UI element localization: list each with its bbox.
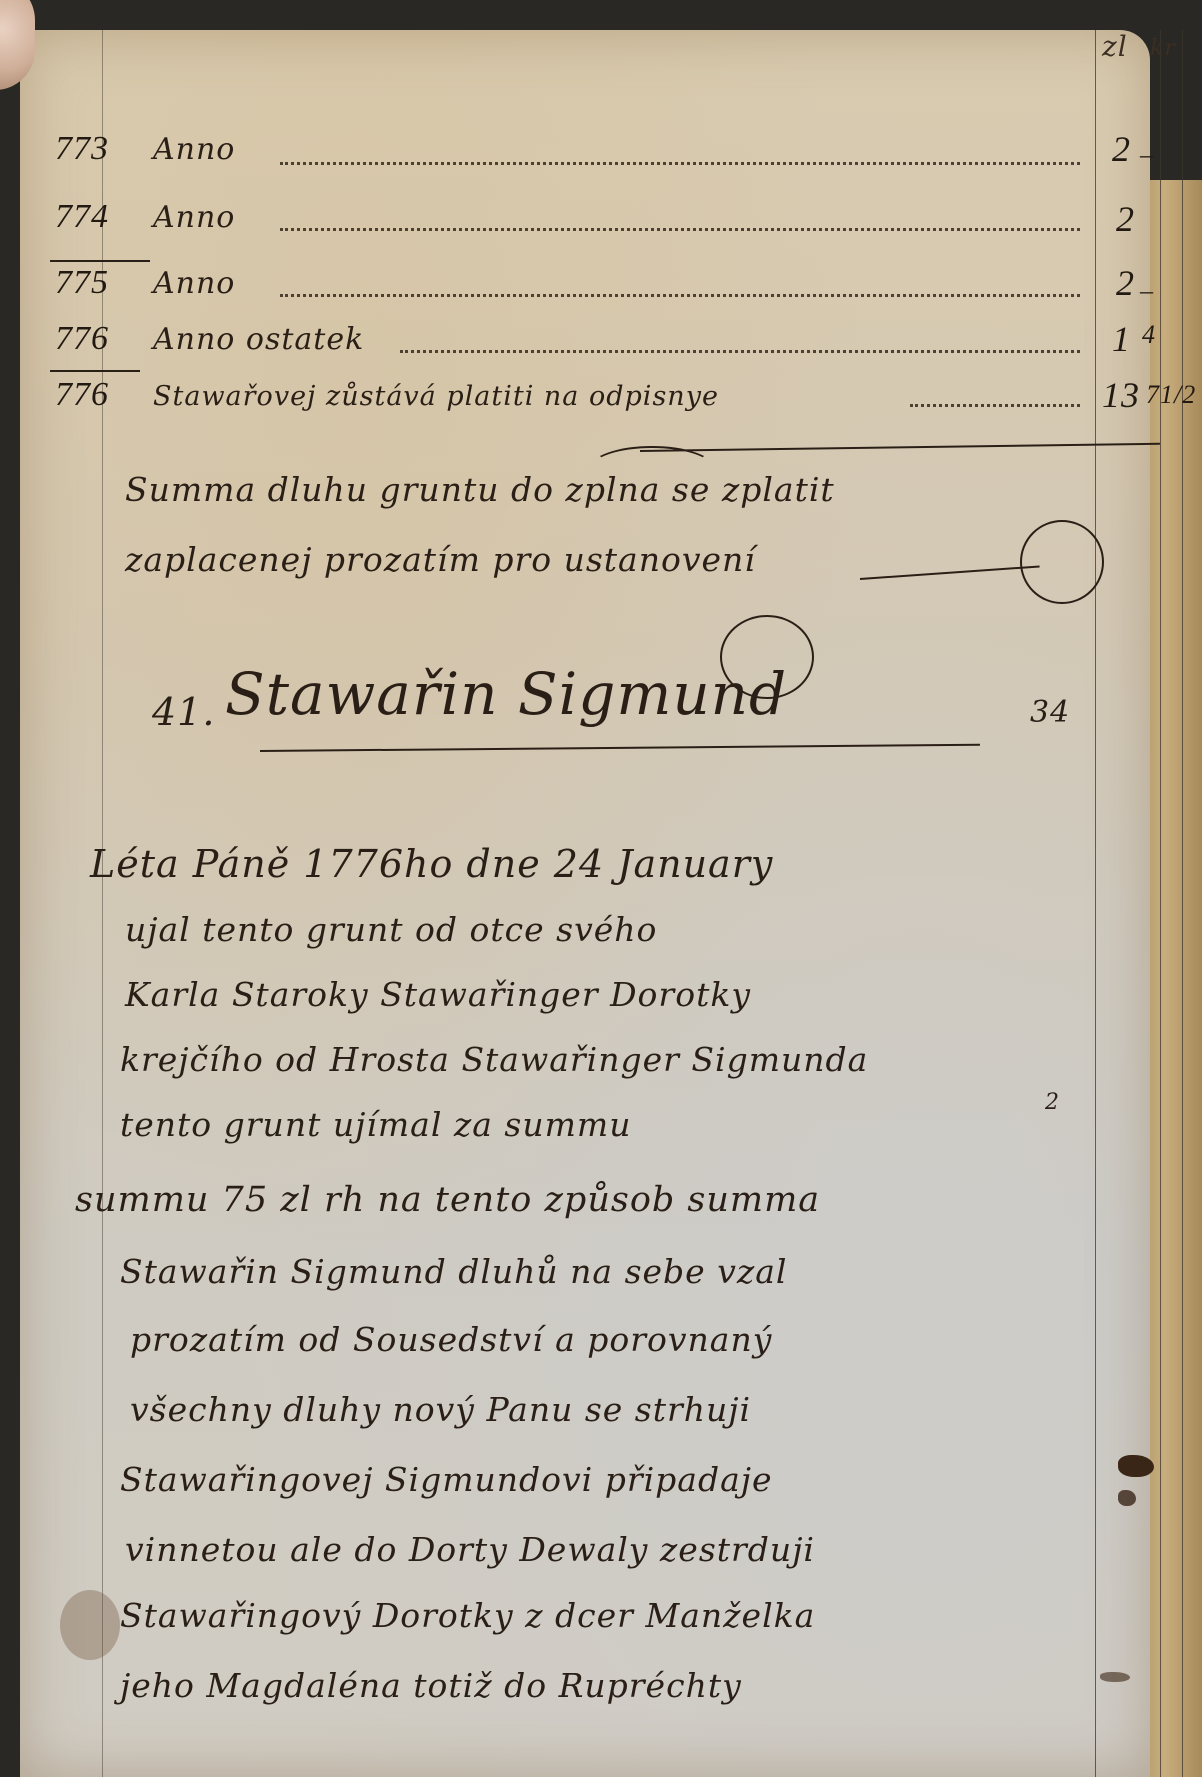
dotted-leader <box>910 402 1080 407</box>
year-separator-line <box>50 260 150 262</box>
ledger-row: 773 Anno <box>55 130 235 176</box>
ledger-year: 773 <box>55 130 139 168</box>
ledger-sub-amount: 71/2 <box>1146 380 1196 410</box>
ledger-year: 775 <box>55 264 139 302</box>
ledger-row: 775 Anno <box>55 264 235 310</box>
ledger-amount: 13 <box>1102 374 1140 416</box>
closing-note-line: zaplacenej prozatím pro ustanovení <box>125 540 756 579</box>
year-separator-line <box>50 370 140 372</box>
title-underline <box>260 744 980 752</box>
ledger-label: Stawařovej zůstává platiti na odpisnye <box>153 381 719 412</box>
closing-flourish <box>1020 520 1104 604</box>
ledger-sub-amount: 4 <box>1142 320 1156 350</box>
ledger-label: Anno ostatek <box>153 322 364 357</box>
ink-blot <box>1118 1455 1154 1477</box>
ledger-amount: 2 <box>1112 128 1131 170</box>
ledger-amount: 2 <box>1116 262 1135 304</box>
ledger-row: 776 Stawařovej zůstává platiti na odpisn… <box>55 376 719 422</box>
entry-line: všechny dluhy nový Panu se strhuji <box>130 1390 751 1429</box>
dotted-leader <box>280 226 1080 231</box>
ledger-label: Anno <box>153 200 235 235</box>
margin-note: 2 <box>1045 1090 1060 1115</box>
entry-line: tento grunt ujímal za summu <box>120 1105 631 1144</box>
manuscript-page: zl kr 773 Anno 2 – 774 Anno 2 775 Anno 2… <box>20 30 1150 1777</box>
outer-column-rule <box>1182 30 1183 1777</box>
entry-line: vinnetou ale do Dorty Dewaly zestrduji <box>125 1530 815 1569</box>
entry-line: ujal tento grunt od otce svého <box>125 910 657 949</box>
dotted-leader <box>400 348 1080 353</box>
entry-line: Karla Staroky Stawařinger Dorotky <box>125 975 751 1014</box>
entry-line: prozatím od Sousedství a porovnaný <box>130 1320 772 1359</box>
entry-line: Stawařin Sigmund dluhů na sebe vzal <box>120 1252 787 1291</box>
ledger-amount: 1 <box>1112 318 1131 360</box>
entry-line: krejčího od Hrosta Stawařinger Sigmunda <box>120 1040 868 1079</box>
ledger-year: 776 <box>55 320 139 358</box>
column-header-zl: zl <box>1102 30 1128 63</box>
entry-line: jeho Magdaléna totiž do Rupréchty <box>120 1666 742 1705</box>
ledger-label: Anno <box>153 132 235 167</box>
sub-amount-column-rule <box>1160 30 1161 1777</box>
entry-line: Stawařingovej Sigmundovi připadaje <box>120 1460 773 1499</box>
column-header-kr: kr <box>1150 36 1176 61</box>
manuscript-photo: zl kr 773 Anno 2 – 774 Anno 2 775 Anno 2… <box>0 0 1202 1777</box>
ink-blot <box>1118 1490 1136 1506</box>
ledger-year: 776 <box>55 376 139 414</box>
entry-line: Stawařingový Dorotky z dcer Manželka <box>120 1596 815 1635</box>
entry-line: summu 75 zl rh na tento způsob summa <box>75 1180 820 1220</box>
entry-number: 41. <box>152 690 215 734</box>
entry-title: Stawařin Sigmund <box>225 660 787 728</box>
closing-note-line: Summa dluhu gruntu do zplna se zplatit <box>125 470 835 509</box>
dotted-leader <box>280 160 1080 165</box>
entry-folio-number: 34 <box>1030 695 1070 730</box>
ledger-amount: 2 <box>1116 198 1135 240</box>
ledger-sub-amount: – <box>1140 276 1154 306</box>
title-flourish <box>720 615 814 699</box>
ledger-row: 776 Anno ostatek <box>55 320 364 366</box>
ledger-label: Anno <box>153 266 235 301</box>
section-divider-line <box>640 443 1160 452</box>
ledger-sub-amount: – <box>1140 140 1154 170</box>
page-stain <box>60 1590 120 1660</box>
entry-line: Léta Páně 1776ho dne 24 January <box>90 842 773 886</box>
ink-blot <box>1100 1672 1130 1682</box>
closing-strike-line <box>860 565 1040 580</box>
ledger-year: 774 <box>55 198 139 236</box>
amount-column-rule <box>1095 30 1096 1777</box>
ledger-row: 774 Anno <box>55 198 235 244</box>
dotted-leader <box>280 292 1080 297</box>
